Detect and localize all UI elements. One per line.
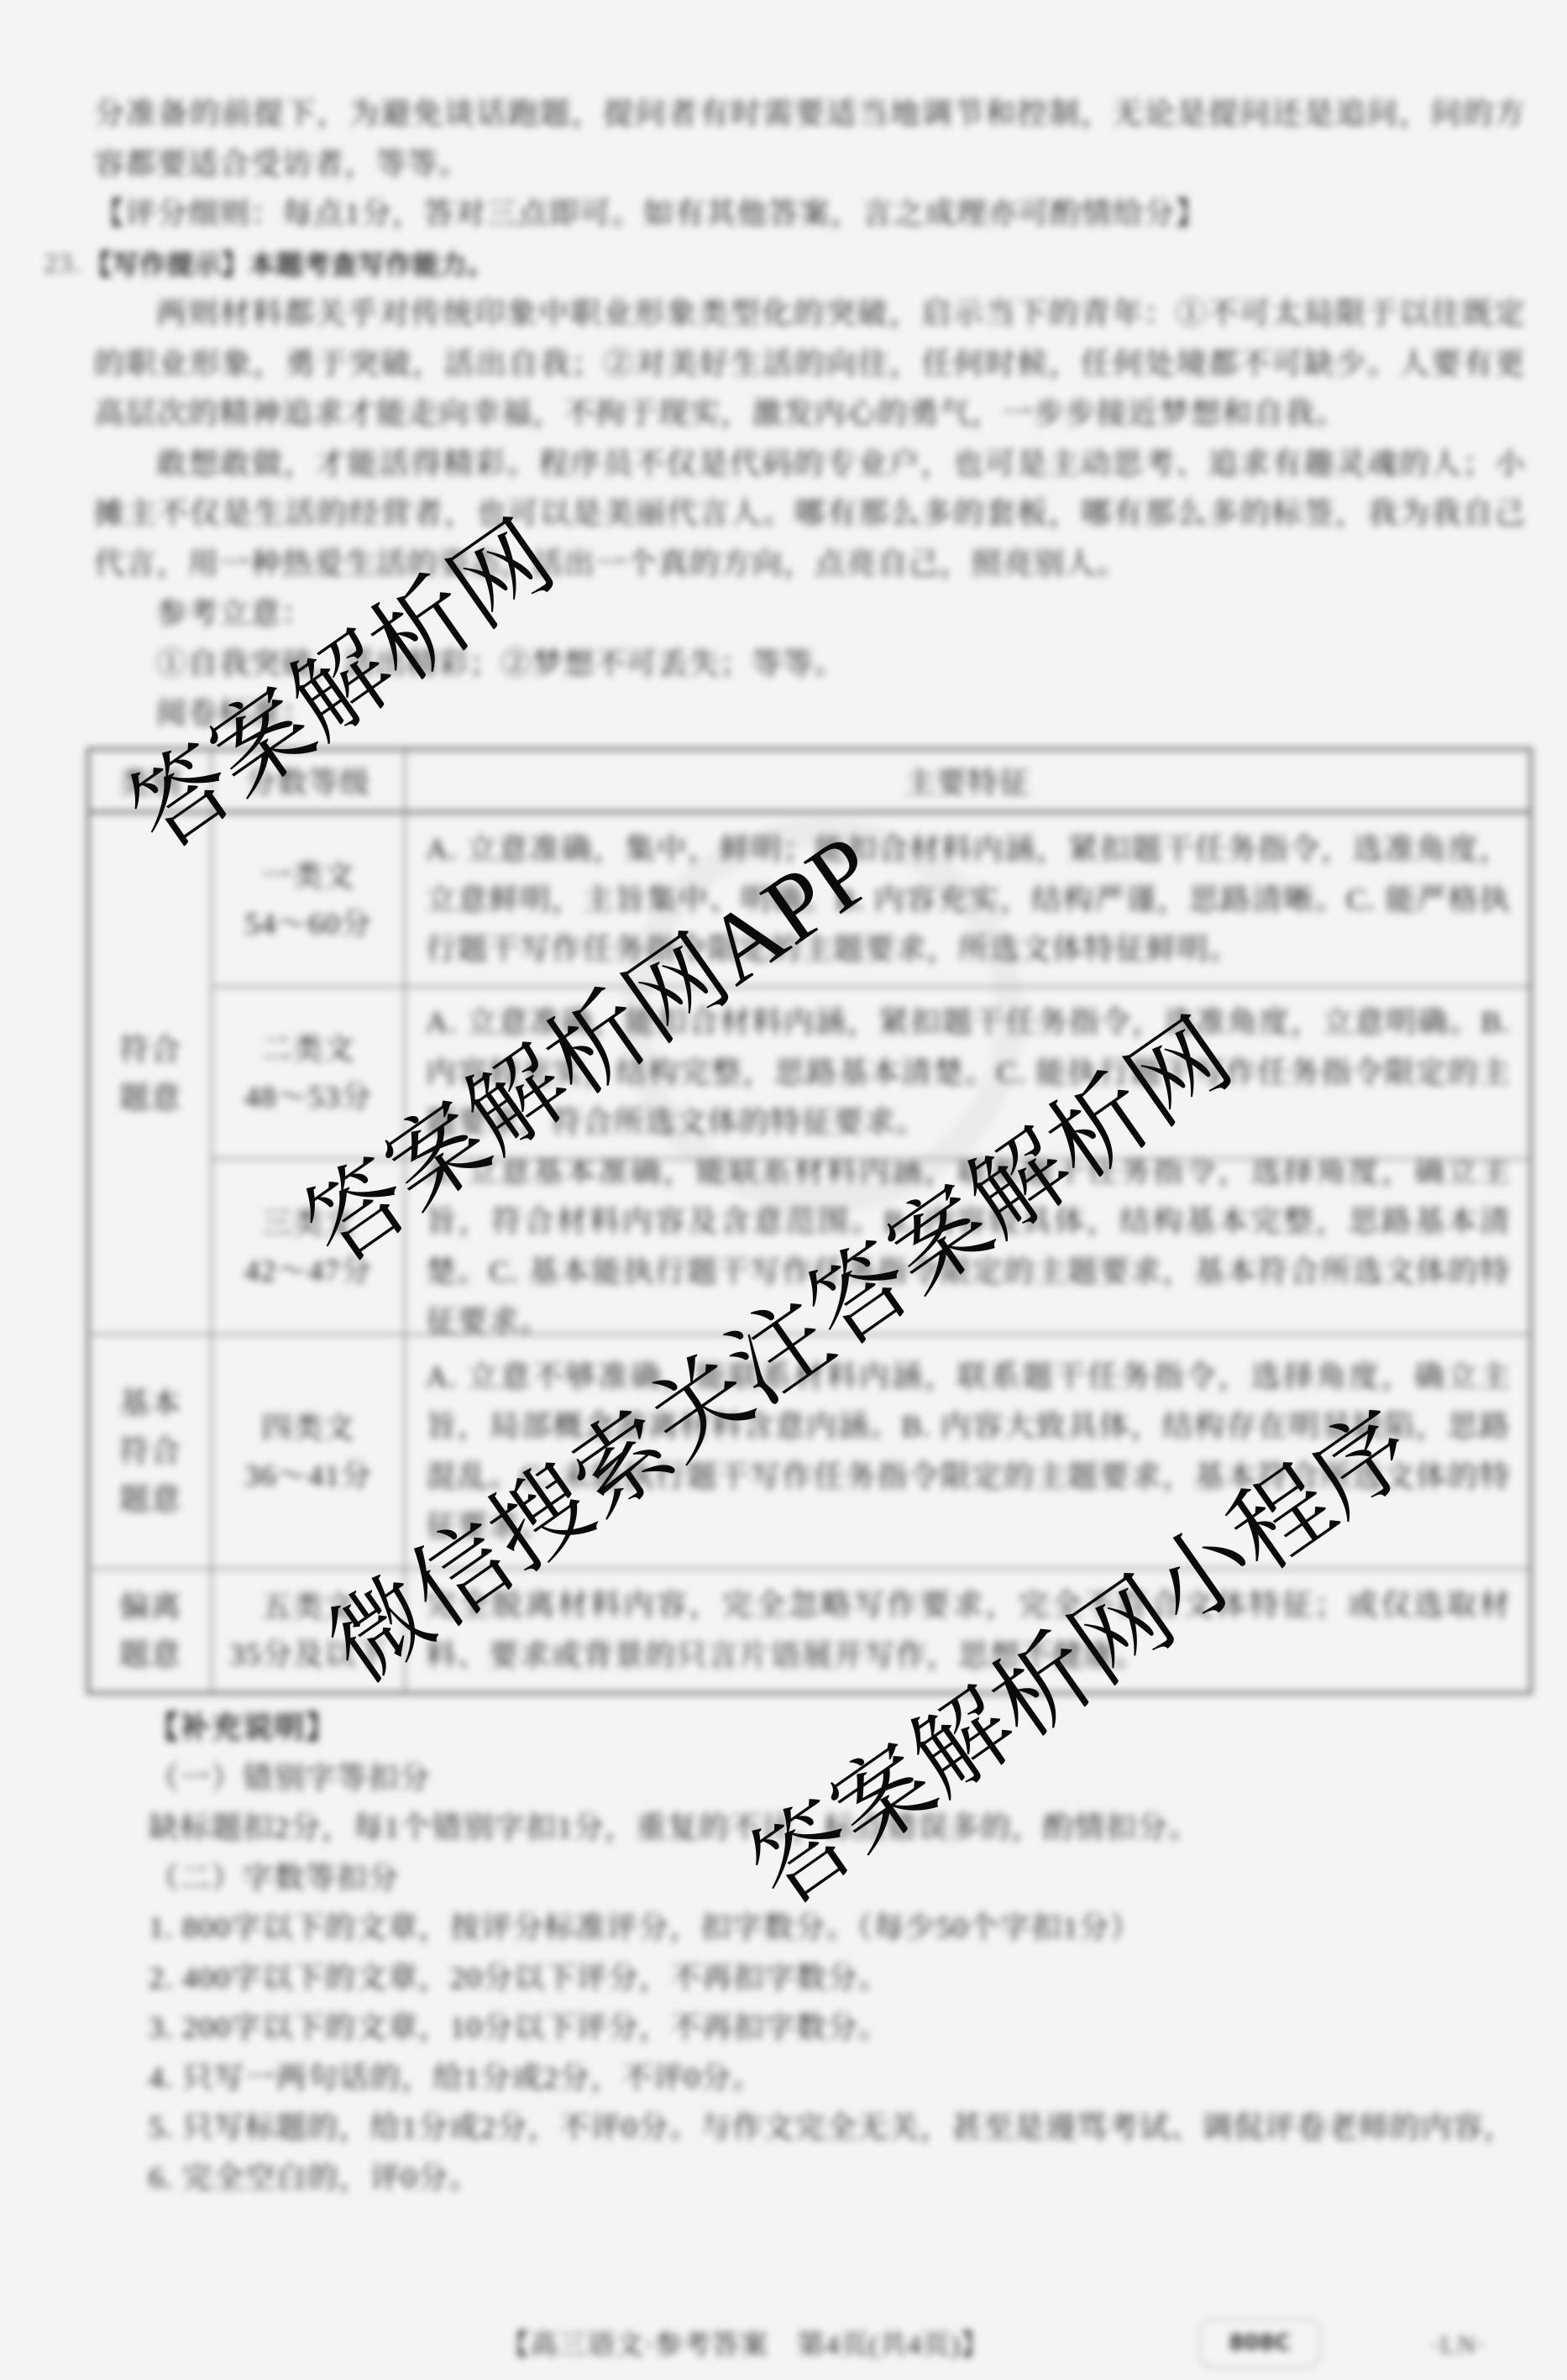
category-cell: 符合 题意 bbox=[88, 812, 212, 1334]
q22-answer-line: 分准备的前提下，为避免谈话跑题，提问者有时需要适当地调节和控制，无论是提问还是追… bbox=[94, 89, 1526, 139]
paragraph-line: 摊主不仅是生活的经营者，也可以是美丽代言人。哪有那么多的套板，哪有那么多的标签，… bbox=[94, 489, 1526, 539]
q22-answer-line: 容都要适合受访者，等等。 bbox=[94, 139, 1526, 190]
paragraph-line: 高层次的精神追求才能走向幸福，不拘于现实，激发内心的勇气，一步步接近梦想和自我。 bbox=[94, 389, 1526, 439]
footer-page-info: 【高三语文·参考答案 第4页(共4页)】 bbox=[501, 2320, 989, 2371]
supplement-rule: 1. 800字以下的文章，按评分标准评分，扣字数分。（每少50个字扣1分） bbox=[149, 1903, 1526, 1953]
q22-scoring-note: 【评分细则：每点1分，答对三点即可。如有其他答案，言之成理亦可酌情给分】 bbox=[94, 189, 1526, 239]
table-row: 二类文 48～53分 A. 立意准确，能扣合材料内涵，紧扣题干任务指令，选准角度… bbox=[88, 987, 1531, 1159]
supplement-title: 【补充说明】 bbox=[149, 1703, 1526, 1754]
grade-cell: 四类文 36～41分 bbox=[212, 1334, 405, 1569]
paragraph-line: 两则材料都关乎对传统印象中职业形象类型化的突破，启示当下的青年：①不可太局限于以… bbox=[94, 289, 1526, 339]
paragraph-line: 敢想敢做，才能活得精彩。程序员不仅是代码的专业户，也可是主动思考、追求有趣灵魂的… bbox=[94, 439, 1526, 490]
question-number: 23. bbox=[44, 239, 81, 290]
paragraph-line: 的职业形象，勇于突破，活出自我；②对美好生活的向往，任何时候，任何处境都不可缺少… bbox=[94, 339, 1526, 390]
q23-heading: 【写作提示】本题考查写作能力。 bbox=[85, 249, 495, 280]
table-row: 偏离 题意 五类文 35分及以下 完全脱离材料内容，完全忽略写作要求，完全不符合… bbox=[88, 1569, 1531, 1693]
supplement-rule: 6. 完全空白的，评0分。 bbox=[149, 2153, 1526, 2204]
paragraph-line: 代言，用一种热爱生活的姿态，活出一个真的方向，点亮自己，照亮别人。 bbox=[94, 539, 1526, 590]
category-cell: 偏离 题意 bbox=[88, 1569, 212, 1693]
category-cell: 基本 符合 题意 bbox=[88, 1334, 212, 1569]
supplement-rule: 3. 200字以下的文章，10分以下评分，不再扣字数分。 bbox=[149, 2003, 1526, 2053]
features-cell: A. 立意准确，集中，鲜明；能扣合材料内涵，紧扣题干任务指令，选准角度，立意鲜明… bbox=[405, 812, 1531, 987]
footer-mark: ·LN· bbox=[1430, 2320, 1487, 2371]
reference-label: 参考立意： bbox=[94, 589, 1526, 639]
supplement-rule: 2. 400字以下的文章，20分以下评分，不再扣字数分。 bbox=[149, 1953, 1526, 2004]
header-features: 主要特征 bbox=[405, 749, 1531, 812]
answer-text-block: 分准备的前提下，为避免谈话跑题，提问者有时需要适当地调节和控制，无论是提问还是追… bbox=[94, 89, 1526, 739]
q23-heading-line: 23. 【写作提示】本题考查写作能力。 bbox=[94, 239, 1526, 290]
answer-key-page: 分准备的前提下，为避免谈话跑题，提问者有时需要适当地调节和控制，无论是提问还是追… bbox=[0, 0, 1567, 2380]
footer-code-badge: 808C bbox=[1198, 2318, 1321, 2368]
supplement-rule: 4. 只写一两句话的，给1分或2分，不评0分。 bbox=[149, 2053, 1526, 2104]
grade-cell: 一类文 54～60分 bbox=[212, 812, 405, 987]
grade-cell: 二类文 48～53分 bbox=[212, 987, 405, 1159]
supplement-rule: 5. 只写标题的，给1分或2分，不评0分。与作文完全无关，甚至是谩骂考试、调侃评… bbox=[149, 2103, 1526, 2153]
